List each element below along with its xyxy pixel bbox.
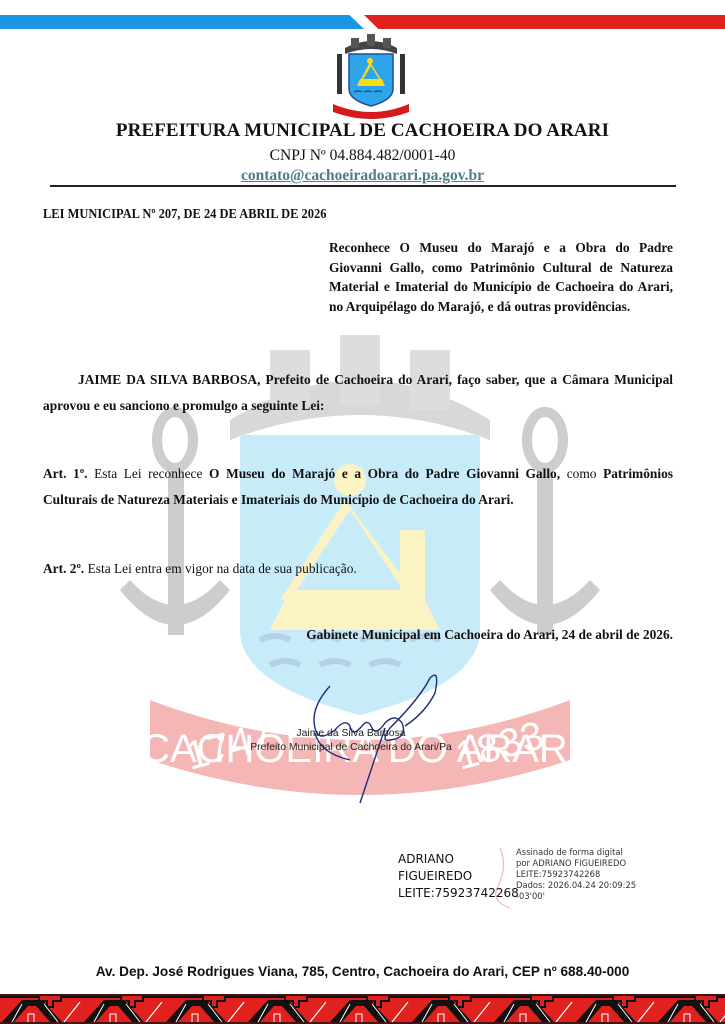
- law-title: LEI MUNICIPAL Nº 207, DE 24 DE ABRIL DE …: [43, 206, 326, 222]
- cnpj: CNPJ Nº 04.884.482/0001-40: [0, 147, 725, 165]
- digital-signer-name: ADRIANO FIGUEIREDO LEITE:75923742268: [398, 851, 519, 902]
- article-1-label: Art. 1º.: [43, 466, 87, 481]
- signatory-block: Jaime da Silva Barbosa Prefeito Municipa…: [228, 727, 474, 755]
- article-2: Art. 2º. Esta Lei entra em vigor na data…: [43, 556, 673, 582]
- signatory-name: Jaime da Silva Barbosa: [228, 727, 474, 741]
- marajoara-border-pattern-icon: [0, 994, 725, 1024]
- org-title: PREFEITURA MUNICIPAL DE CACHOEIRA DO ARA…: [0, 120, 725, 142]
- law-preamble: JAIME DA SILVA BARBOSA, Prefeito de Cach…: [43, 367, 673, 419]
- footer-address: Av. Dep. José Rodrigues Viana, 785, Cent…: [0, 964, 725, 979]
- article-2-label: Art. 2º.: [43, 561, 84, 576]
- closing-line: Gabinete Municipal em Cachoeira do Arari…: [0, 627, 673, 643]
- law-ementa: Reconhece O Museu do Marajó e a Obra do …: [329, 238, 673, 316]
- signatory-role: Prefeito Municipal de Cachoeira do Arari…: [228, 741, 474, 755]
- digital-signature-info: Assinado de forma digital por ADRIANO FI…: [516, 847, 636, 902]
- header-divider: [50, 185, 676, 187]
- article-1: Art. 1º. Esta Lei reconhece O Museu do M…: [43, 461, 673, 513]
- municipal-crest-icon: [327, 34, 415, 122]
- top-stripe-blue: [0, 15, 364, 29]
- top-stripe-red: [364, 15, 725, 29]
- contact-email-link[interactable]: contato@cachoeiradoarari.pa.gov.br: [0, 167, 725, 185]
